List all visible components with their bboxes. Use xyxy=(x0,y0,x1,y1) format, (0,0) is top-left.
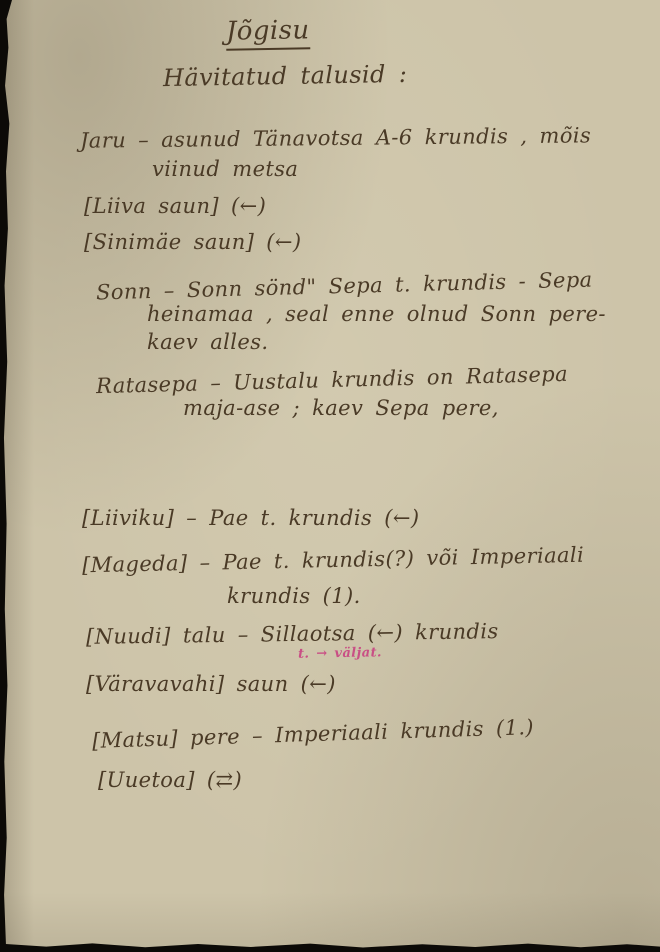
entry-sonn-line-1: Sonn – Sonn sönd" Sepa t. krundis - Sepa xyxy=(96,268,593,305)
entry-jaru-line-2: viinud metsa xyxy=(152,157,298,181)
entry-ratasepa-line-1: Ratasepa – Uustalu krundis on Ratasepa xyxy=(96,362,569,398)
entry-liiva-saun: [Liiva saun] (←) xyxy=(84,194,266,218)
entry-mageda-line-1: [Mageda] – Pae t. krundis(?) või Imperia… xyxy=(82,543,585,578)
entry-matsu: [Matsu] pere – Imperiaali krundis (1.) xyxy=(92,715,535,753)
scanned-page: Jõgisu Hävitatud talusid : Jaru – asunud… xyxy=(0,0,660,952)
pink-annotation: t. → väljat. xyxy=(298,645,382,661)
entry-ratasepa-line-2: maja-ase ; kaev Sepa pere, xyxy=(183,396,499,420)
page-title: Jõgisu xyxy=(226,15,310,50)
entry-sinimae-saun: [Sinimäe saun] (←) xyxy=(84,230,301,254)
scan-edge-bottom xyxy=(0,940,660,952)
section-heading: Hävitatud talusid : xyxy=(163,60,408,92)
entry-sonn-line-3: kaev alles. xyxy=(147,330,268,354)
entry-mageda-line-2: krundis (1). xyxy=(227,584,361,608)
scan-edge-left xyxy=(0,0,12,952)
entry-jaru-line-1: Jaru – asunud Tänavotsa A-6 krundis , mõ… xyxy=(80,123,591,152)
entry-sonn-line-2: heinamaa , seal enne olnud Sonn pere- xyxy=(147,302,606,326)
entry-liiviku: [Liiviku] – Pae t. krundis (←) xyxy=(82,506,419,530)
entry-uuetoa: [Uuetoa] (⇄) xyxy=(98,768,242,792)
entry-nuudi: [Nuudi] talu – Sillaotsa (←) krundis xyxy=(86,619,499,649)
entry-varavavahi-saun: [Väravavahi] saun (←) xyxy=(86,672,336,696)
